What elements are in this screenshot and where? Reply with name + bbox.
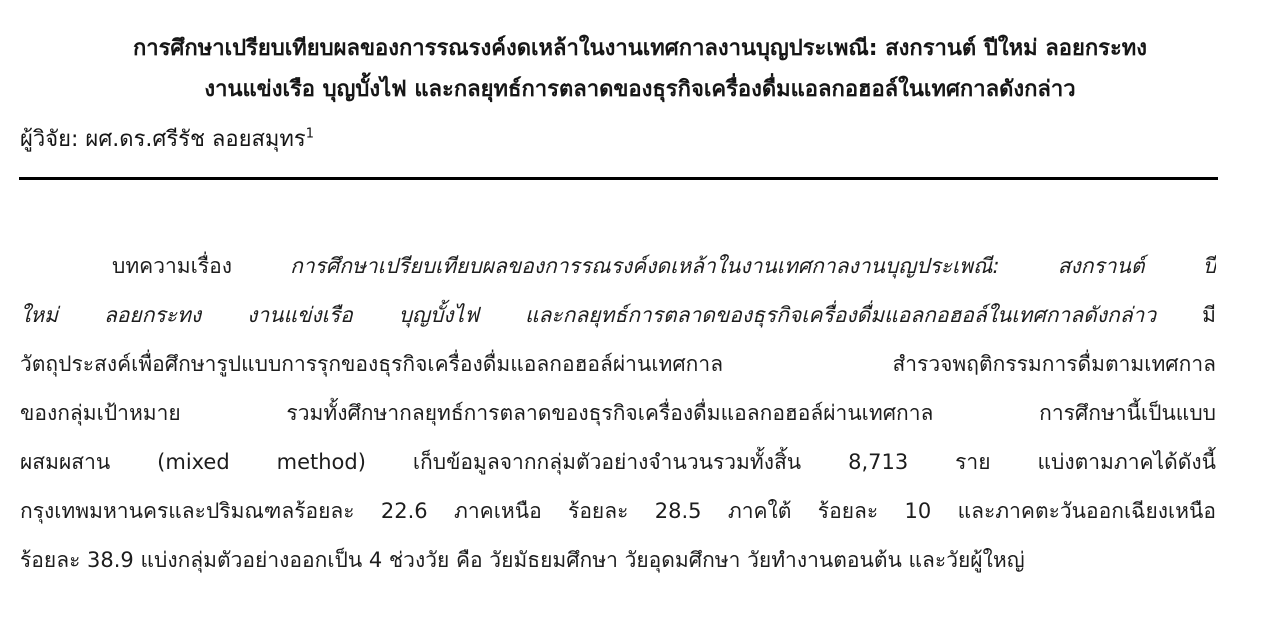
paper-title: การศึกษาเปรียบเทียบผลของการรณรงค์งดเหล้า…: [40, 28, 1240, 110]
abstract-segment: ผสมผสาน (mixed method) เก็บข้อมูลจากกลุ่…: [20, 450, 1216, 474]
document-header: การศึกษาเปรียบเทียบผลของการรณรงค์งดเหล้า…: [0, 28, 1280, 154]
author-text: ผู้วิจัย: ผศ.ดร.ศรีรัช ลอยสมุทร: [20, 127, 306, 152]
abstract-segment: บทความเรื่อง: [112, 254, 290, 278]
abstract-line: ผสมผสาน (mixed method) เก็บข้อมูลจากกลุ่…: [20, 438, 1216, 487]
abstract-segment: ของกลุ่มเป้าหมาย รวมทั้งศึกษากลยุทธ์การต…: [20, 401, 1216, 425]
abstract-line: วัตถุประสงค์เพื่อศึกษารูปแบบการรุกของธุร…: [20, 340, 1216, 389]
abstract-segment: มี: [1156, 303, 1216, 327]
paper-title-line2: งานแข่งเรือ บุญบั้งไฟ และกลยุทธ์การตลาดข…: [40, 69, 1240, 110]
abstract-paragraph: บทความเรื่อง การศึกษาเปรียบเทียบผลของการ…: [20, 242, 1216, 585]
author-footnote-marker: 1: [306, 127, 314, 142]
header-divider-rule: [19, 177, 1218, 180]
abstract-segment: ร้อยละ 38.9 แบ่งกลุ่มตัวอย่างออกเป็น 4 ช…: [20, 548, 1025, 572]
abstract-line: กรุงเทพมหานครและปริมณฑลร้อยละ 22.6 ภาคเห…: [20, 487, 1216, 536]
abstract-line: ของกลุ่มเป้าหมาย รวมทั้งศึกษากลยุทธ์การต…: [20, 389, 1216, 438]
abstract-segment-italic: การศึกษาเปรียบเทียบผลของการรณรงค์งดเหล้า…: [290, 254, 1216, 278]
abstract-segment: วัตถุประสงค์เพื่อศึกษารูปแบบการรุกของธุร…: [20, 352, 1216, 376]
author-line: ผู้วิจัย: ผศ.ดร.ศรีรัช ลอยสมุทร1: [20, 126, 1260, 154]
abstract-segment-italic: ใหม่ ลอยกระทง งานแข่งเรือ บุญบั้งไฟ และก…: [20, 303, 1156, 327]
abstract-line: ร้อยละ 38.9 แบ่งกลุ่มตัวอย่างออกเป็น 4 ช…: [20, 536, 1216, 585]
abstract-line: ใหม่ ลอยกระทง งานแข่งเรือ บุญบั้งไฟ และก…: [20, 291, 1216, 340]
abstract-line: บทความเรื่อง การศึกษาเปรียบเทียบผลของการ…: [20, 242, 1216, 291]
paper-title-line1: การศึกษาเปรียบเทียบผลของการรณรงค์งดเหล้า…: [40, 28, 1240, 69]
abstract-segment: กรุงเทพมหานครและปริมณฑลร้อยละ 22.6 ภาคเห…: [20, 499, 1216, 523]
document-page: การศึกษาเปรียบเทียบผลของการรณรงค์งดเหล้า…: [0, 0, 1280, 619]
